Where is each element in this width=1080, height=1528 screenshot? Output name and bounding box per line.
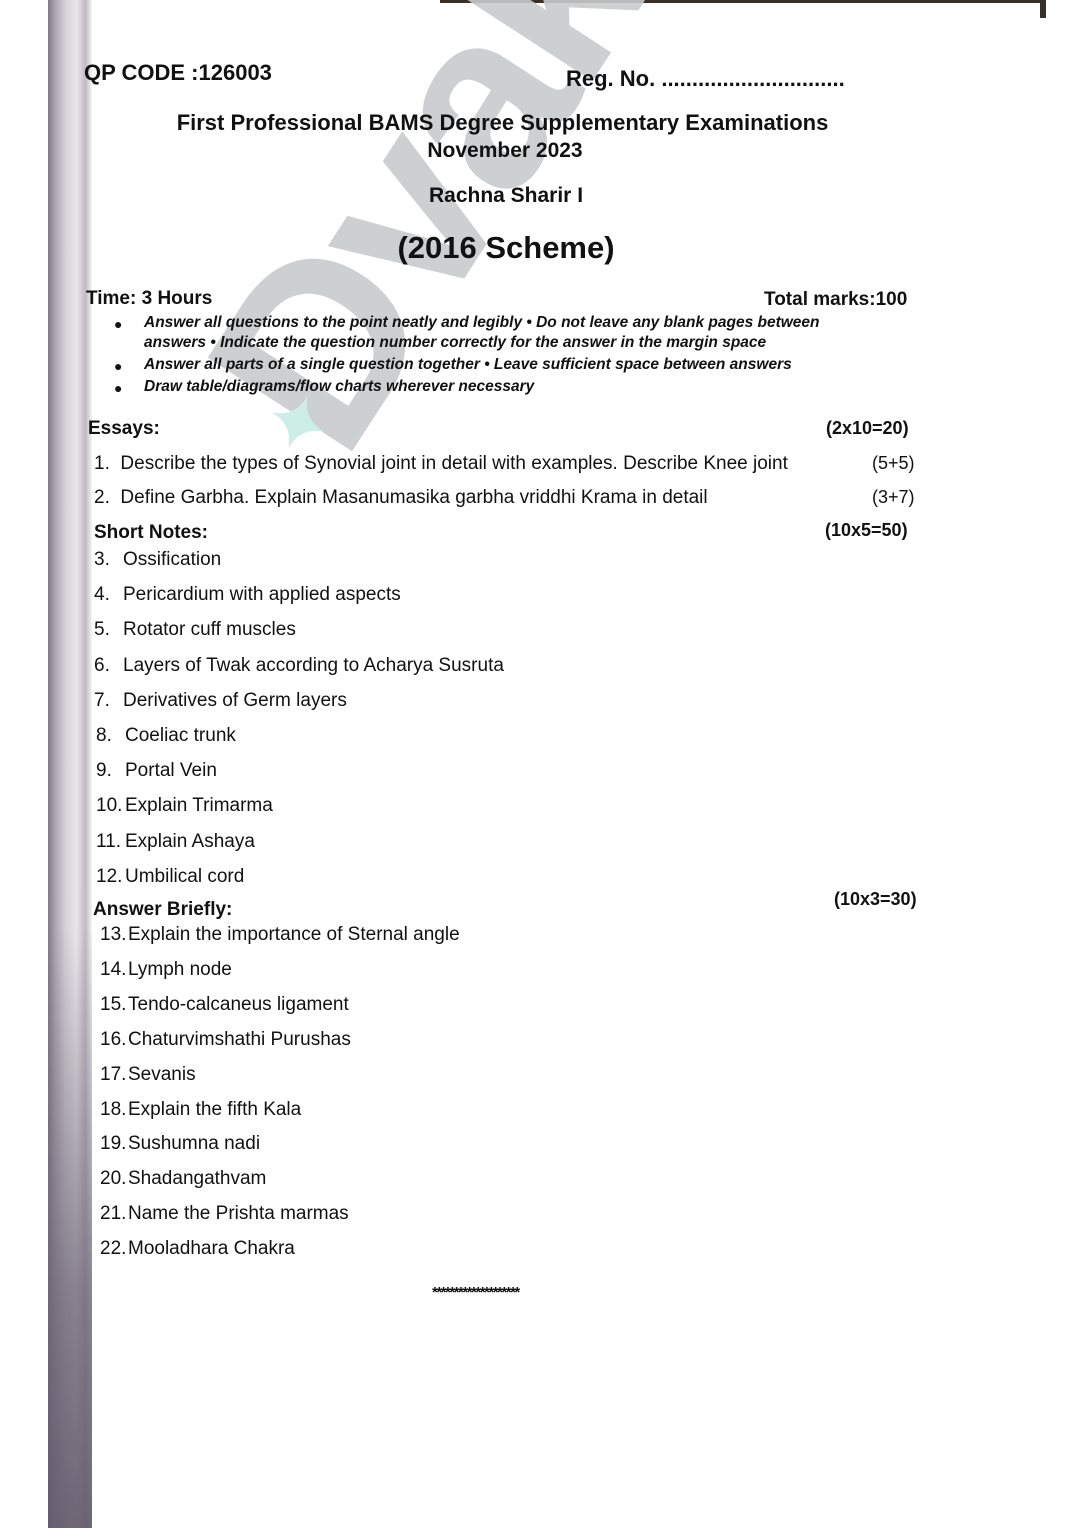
question-number: 3. [94,549,123,571]
exam-month: November 2023 [0,139,1010,163]
question-text: Define Garbha. Explain Masanumasika garb… [120,487,707,508]
question-item: 4.Pericardium with applied aspects [94,584,401,606]
question-item: 8.Coeliac trunk [96,725,236,747]
section-title-short-notes: Short Notes: [94,522,208,544]
question-number: 18. [100,1099,128,1121]
question-item: 22.Mooladhara Chakra [100,1238,295,1260]
exam-duration: Time: 3 Hours [86,288,212,310]
question-item: 9.Portal Vein [96,760,217,782]
section-marks-short-notes: (10x5=50) [825,520,908,541]
bullet-icon: ● [114,380,122,396]
question-text: Explain the fifth Kala [128,1099,301,1120]
question-item: 20.Shadangathvam [100,1168,266,1190]
question-text: Umbilical cord [125,866,244,887]
question-number: 16. [100,1029,128,1051]
question-text: Name the Prishta marmas [128,1203,349,1224]
reg-no-field: Reg. No. .............................. [566,66,845,92]
question-item: 15.Tendo-calcaneus ligament [100,994,349,1016]
section-marks-answer-briefly: (10x3=30) [834,889,917,910]
question-item: 14.Lymph node [100,959,232,981]
exam-title: First Professional BAMS Degree Supplemen… [0,110,1005,136]
question-text: Portal Vein [125,760,217,781]
question-paper: QP CODE :126003 Reg. No. ...............… [0,0,1080,1528]
question-number: 9. [96,760,125,782]
question-marks: (5+5) [872,453,915,474]
question-number: 13. [100,924,128,946]
question-text: Ossification [123,549,221,570]
question-text: Derivatives of Germ layers [123,690,347,711]
question-number: 19. [100,1133,128,1155]
question-number: 1. [94,453,110,474]
question-text: Pericardium with applied aspects [123,584,401,605]
question-item: 17.Sevanis [100,1064,196,1086]
question-text: Chaturvimshathi Purushas [128,1029,351,1050]
question-item: 13.Explain the importance of Sternal ang… [100,924,460,946]
question-text: Tendo-calcaneus ligament [128,994,349,1015]
question-text: Explain Ashaya [125,831,255,852]
question-text: Sushumna nadi [128,1133,260,1154]
question-text: Shadangathvam [128,1168,266,1189]
subject-title: Rachna Sharir I [0,184,1012,208]
question-number: 20. [100,1168,128,1190]
question-text: Explain Trimarma [125,795,273,816]
question-text: Explain the importance of Sternal angle [128,924,460,945]
question-number: 14. [100,959,128,981]
question-number: 4. [94,584,123,606]
question-number: 2. [94,487,110,508]
question-text: Rotator cuff muscles [123,619,296,640]
question-number: 8. [96,725,125,747]
question-item: 7.Derivatives of Germ layers [94,690,347,712]
question-number: 6. [94,655,123,677]
section-title-answer-briefly: Answer Briefly: [93,899,232,921]
question-number: 12. [96,866,125,888]
question-item: 19.Sushumna nadi [100,1133,260,1155]
section-marks-essays: (2x10=20) [826,418,909,439]
instruction-line: Answer all questions to the point neatly… [144,314,820,332]
instruction-line: Answer all parts of a single question to… [144,356,792,374]
question-item: 11.Explain Ashaya [96,831,255,853]
bullet-icon: ● [114,358,122,374]
question-text: Mooladhara Chakra [128,1238,295,1259]
question-item: 18.Explain the fifth Kala [100,1099,301,1121]
end-of-paper-marker: ******************** [432,1284,519,1301]
section-title-essays: Essays: [88,418,160,440]
question-number: 22. [100,1238,128,1260]
question-item: 10.Explain Trimarma [96,795,273,817]
question-item: 6.Layers of Twak according to Acharya Su… [94,655,504,677]
question-number: 21. [100,1203,128,1225]
instruction-line: Draw table/diagrams/flow charts wherever… [144,378,534,396]
question-text: Coeliac trunk [125,725,236,746]
question-item: 12.Umbilical cord [96,866,244,888]
question-number: 10. [96,795,125,817]
question-item: 1. Describe the types of Synovial joint … [94,453,788,475]
question-text: Sevanis [128,1064,196,1085]
question-text: Layers of Twak according to Acharya Susr… [123,655,504,676]
question-item: 16.Chaturvimshathi Purushas [100,1029,351,1051]
instruction-line: answers • Indicate the question number c… [144,334,766,352]
question-item: 2. Define Garbha. Explain Masanumasika g… [94,487,708,509]
qp-code: QP CODE :126003 [84,60,272,86]
question-item: 5.Rotator cuff muscles [94,619,296,641]
bullet-icon: ● [114,316,122,332]
question-number: 11. [96,831,125,853]
question-number: 7. [94,690,123,712]
question-text: Describe the types of Synovial joint in … [120,453,787,474]
question-number: 5. [94,619,123,641]
question-text: Lymph node [128,959,232,980]
question-item: 21.Name the Prishta marmas [100,1203,349,1225]
scheme-title: (2016 Scheme) [0,230,1012,266]
question-number: 15. [100,994,128,1016]
total-marks: Total marks:100 [764,289,907,311]
question-item: 3.Ossification [94,549,221,571]
question-number: 17. [100,1064,128,1086]
question-marks: (3+7) [872,487,915,508]
